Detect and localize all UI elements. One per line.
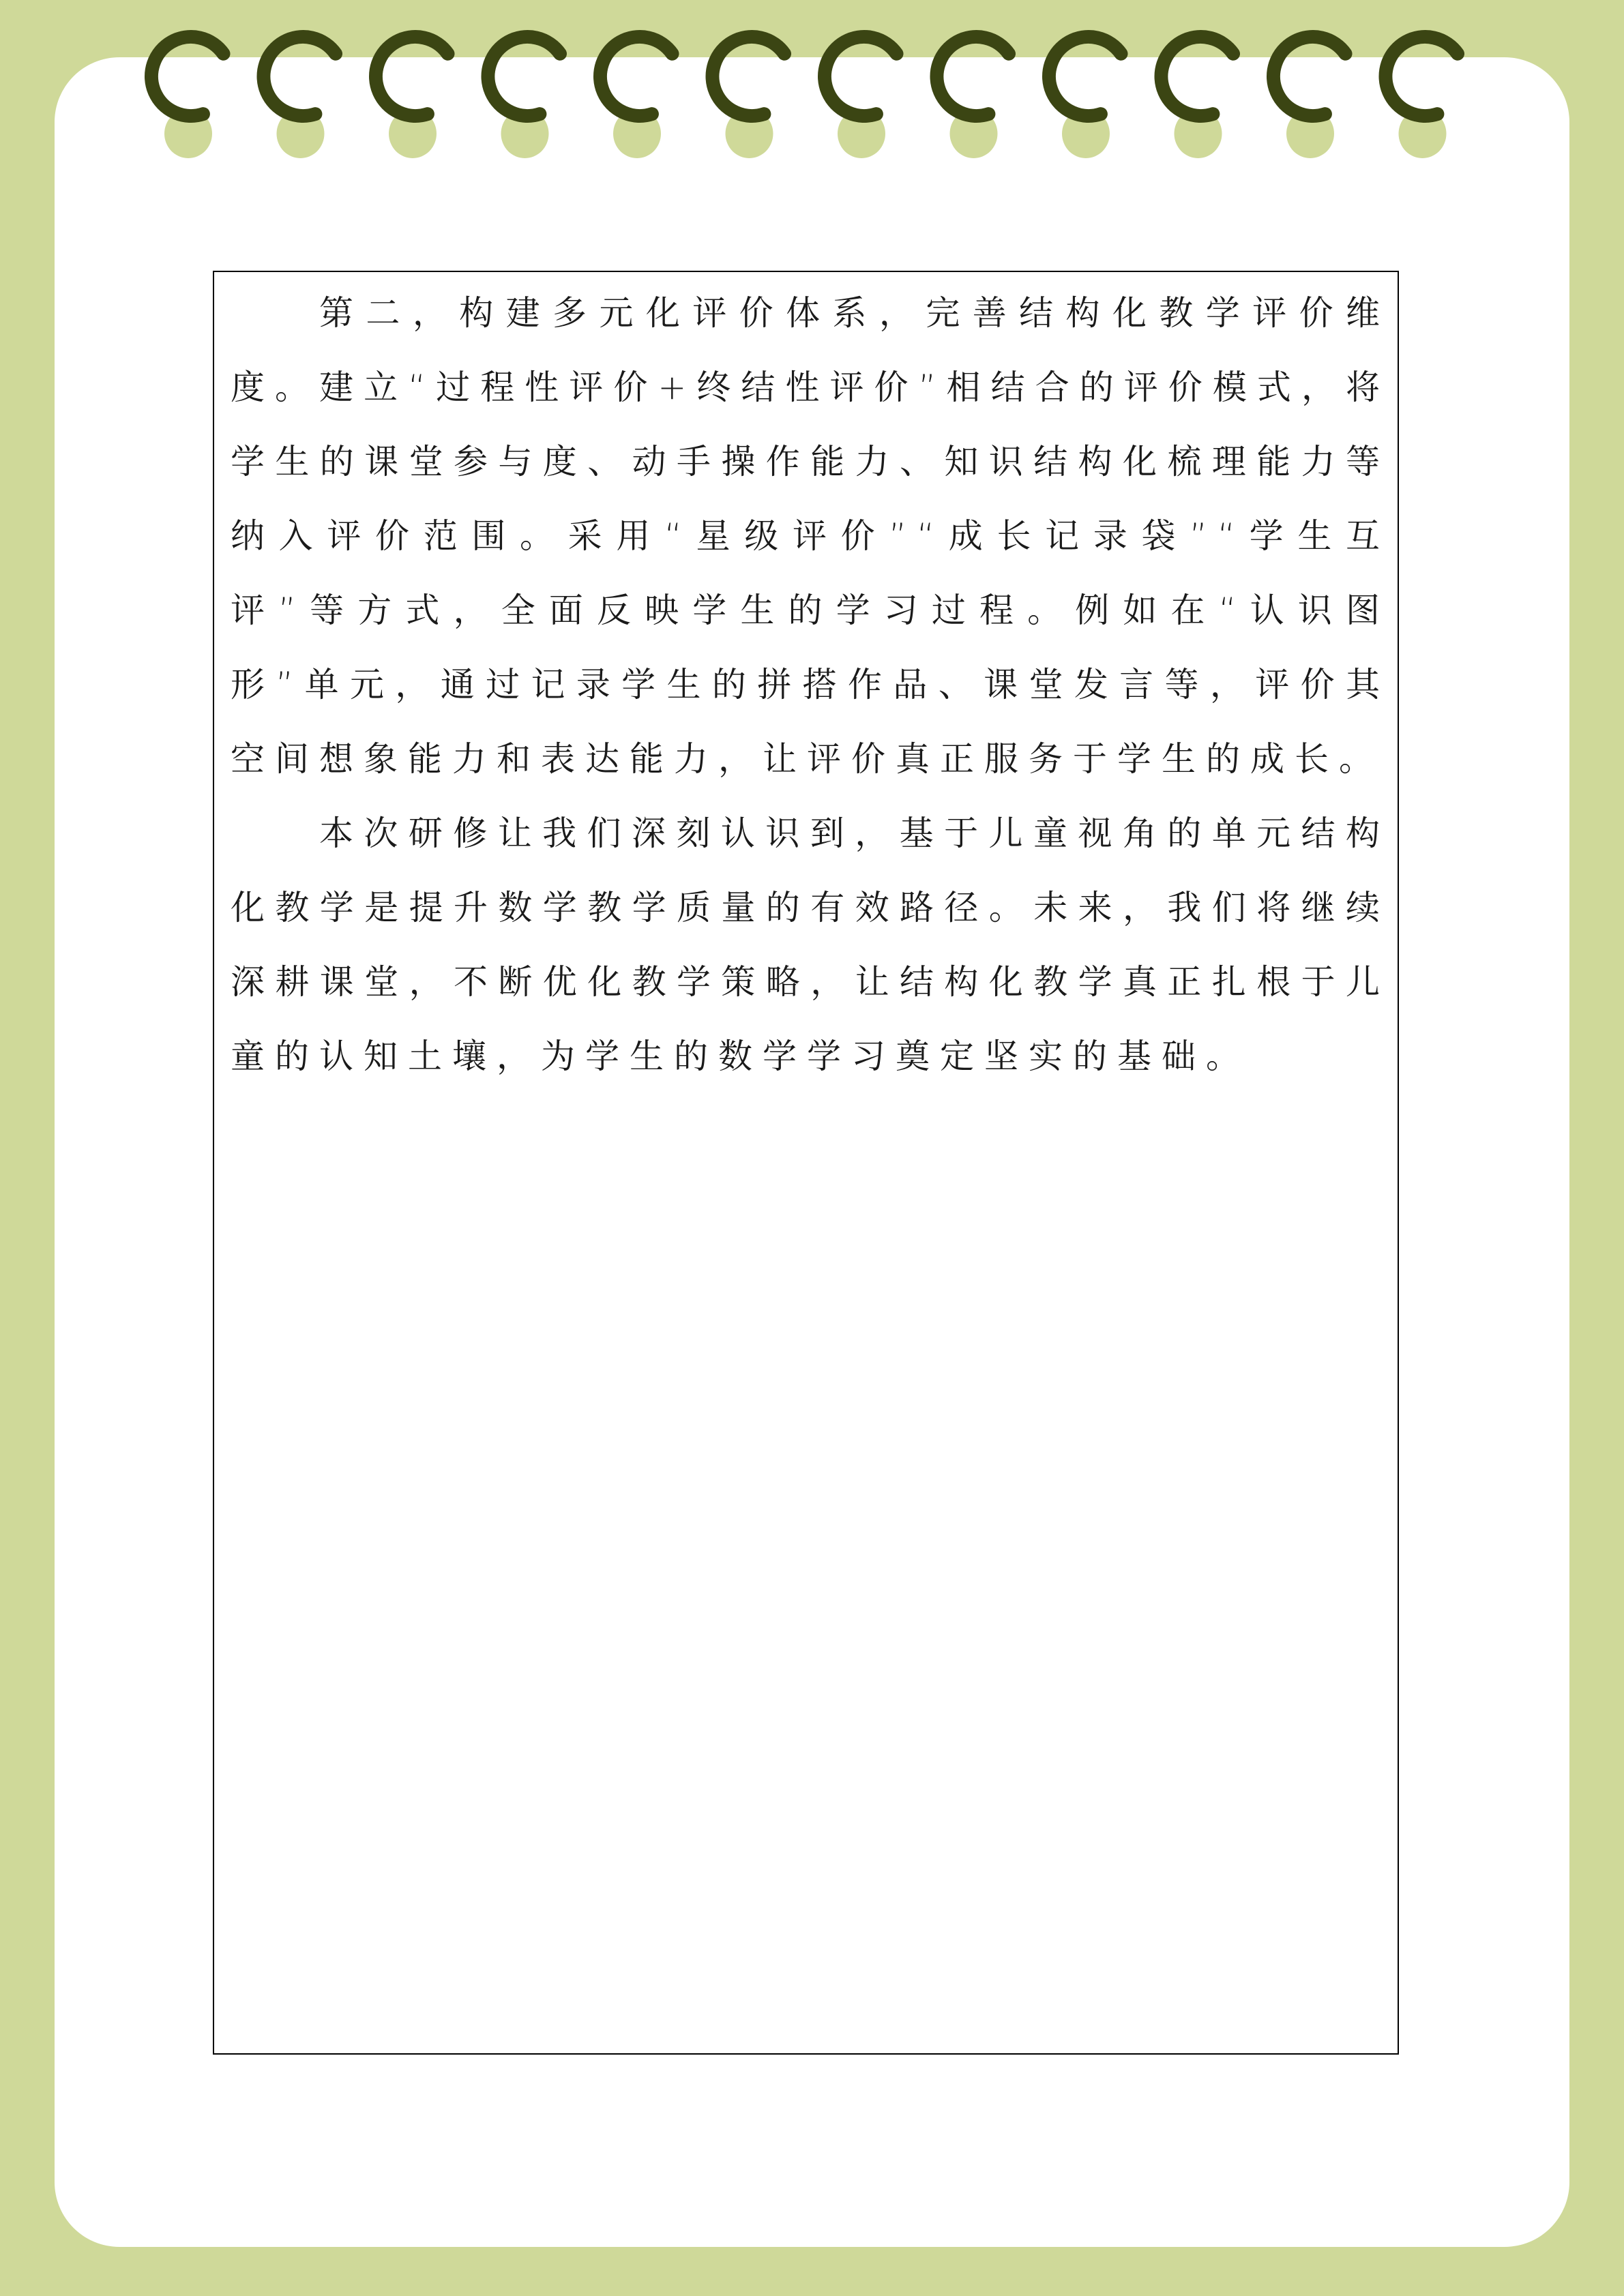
binding-ring-icon [825, 37, 897, 116]
binding-ring-icon [264, 37, 336, 116]
binding-ring-icon [151, 37, 224, 116]
binding-ring-icon [1273, 37, 1346, 116]
binding-ring-icon [1162, 37, 1234, 116]
document-body: 第二，构建多元化评价体系，完善结构化教学评价维度。建立“过程性评价+终结性评价”… [231, 276, 1390, 1094]
binding-ring-icon [376, 37, 448, 116]
binding-ring-icon [488, 37, 560, 116]
paragraph-evaluation-system: 第二，构建多元化评价体系，完善结构化教学评价维度。建立“过程性评价+终结性评价”… [231, 276, 1390, 796]
binding-ring-icon [1386, 37, 1458, 116]
binding-ring-icon [937, 37, 1009, 116]
text-frame: 第二，构建多元化评价体系，完善结构化教学评价维度。建立“过程性评价+终结性评价”… [213, 271, 1399, 2055]
binding-ring-icon [713, 37, 785, 116]
paragraph-conclusion: 本次研修让我们深刻认识到，基于儿童视角的单元结构化教学是提升数学教学质量的有效路… [231, 796, 1390, 1094]
binding-ring-icon [1049, 37, 1121, 116]
spiral-binding [0, 0, 1624, 177]
binding-ring-icon [600, 37, 673, 116]
